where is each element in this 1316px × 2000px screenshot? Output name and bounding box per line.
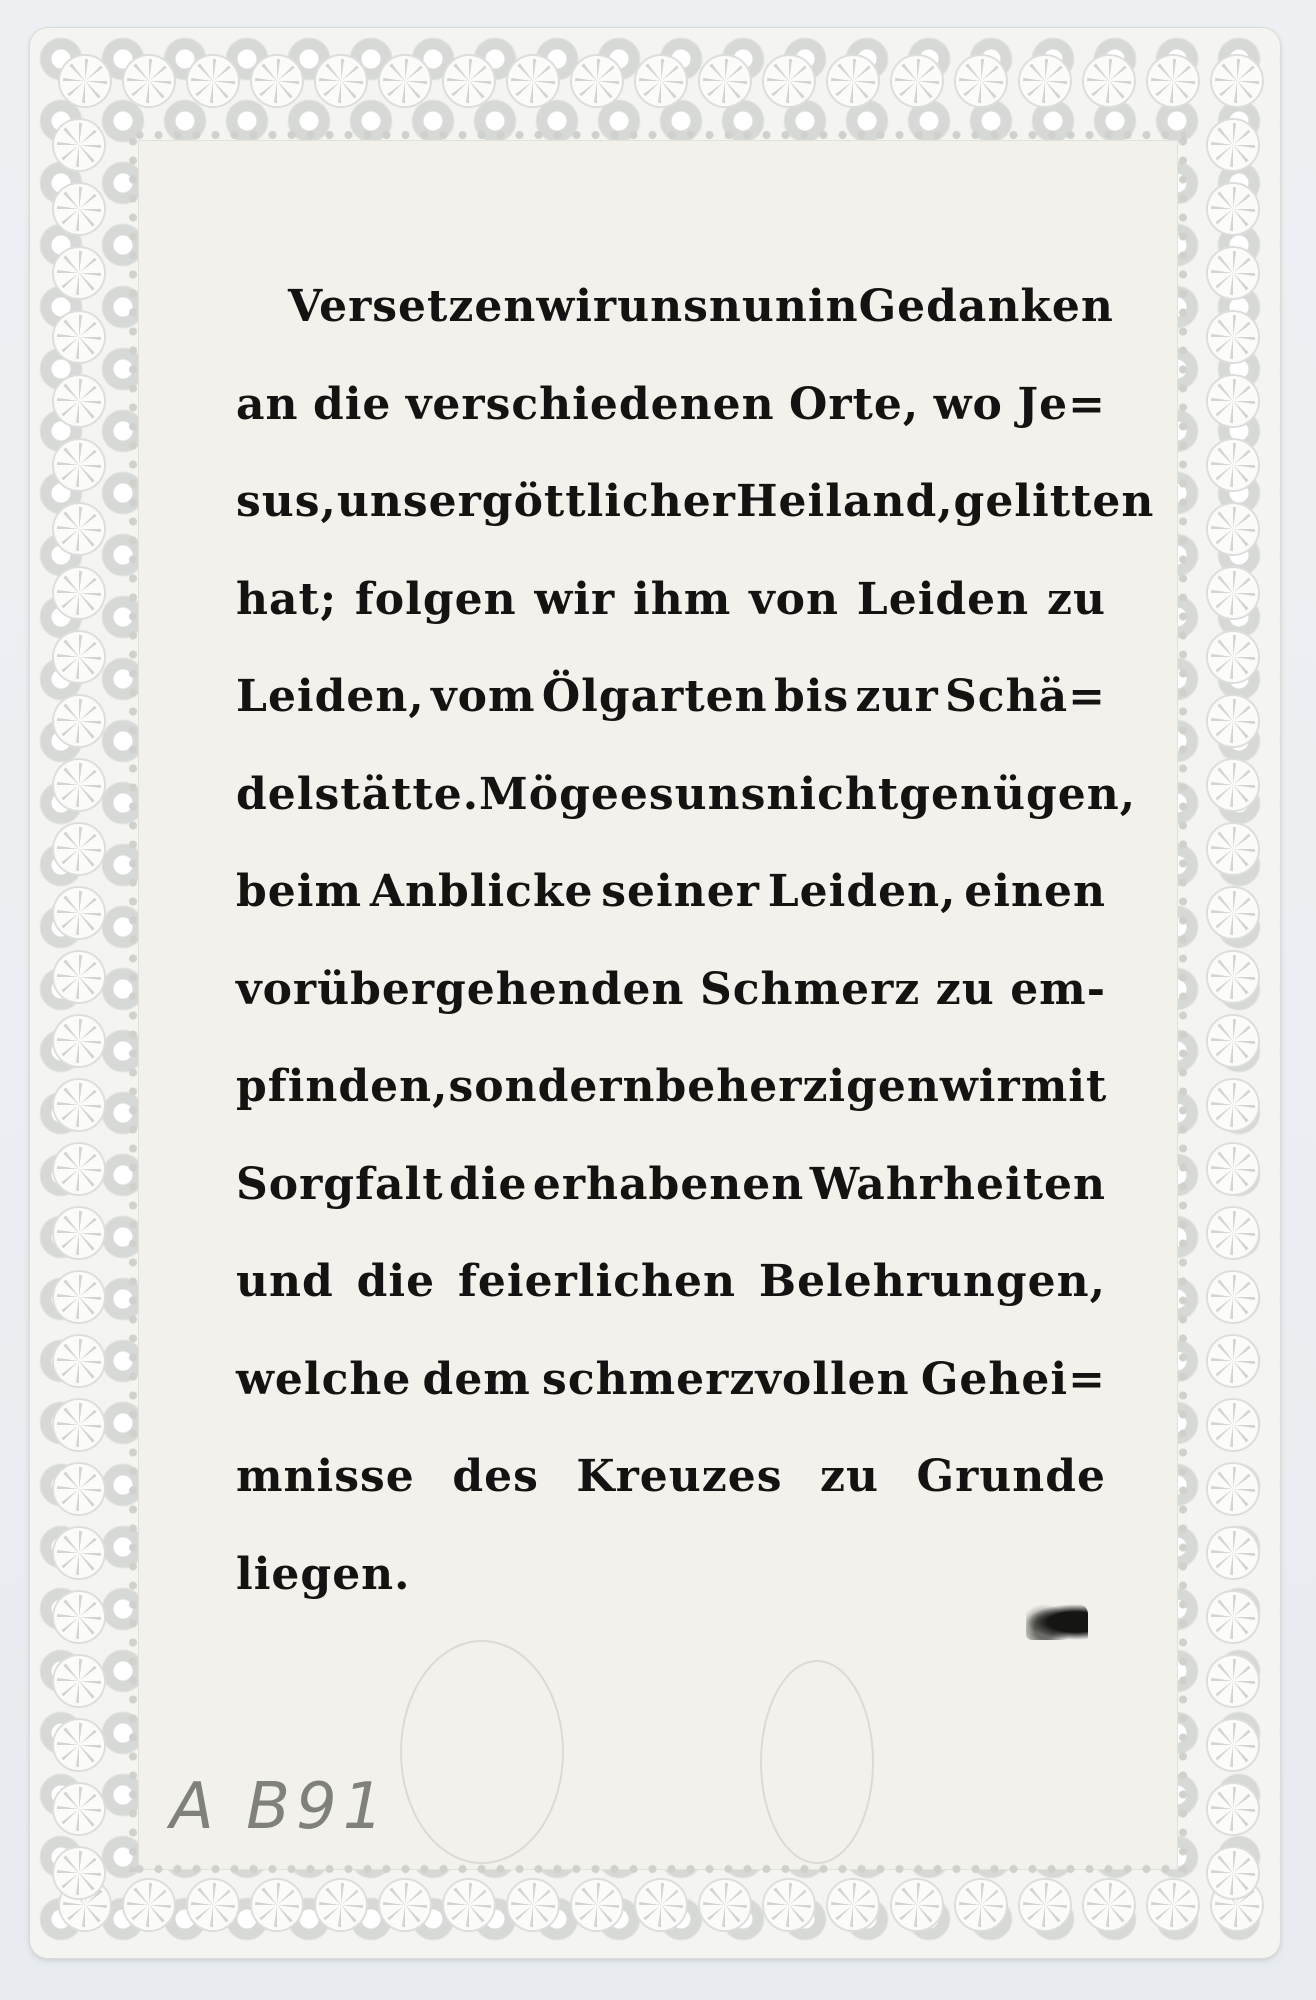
- text-word: mnisse: [236, 1428, 415, 1526]
- lace-rosette-icon: [636, 56, 686, 106]
- lace-rosette-icon: [54, 1080, 104, 1130]
- perforation-top: [130, 128, 1186, 142]
- text-word: beim: [236, 843, 362, 941]
- lace-rosette-icon: [1084, 1880, 1134, 1930]
- text-line: liegen.: [236, 1526, 1106, 1624]
- lace-rosette-icon: [380, 56, 430, 106]
- text-word: uns: [617, 258, 709, 356]
- text-line: hat;folgenwirihmvonLeidenzu: [236, 551, 1106, 649]
- text-line: Leiden,vomÖlgartenbiszurSchä=: [236, 648, 1106, 746]
- lace-rosette-icon: [828, 56, 878, 106]
- lace-rosette-icon: [60, 56, 110, 106]
- text-word: Anblicke: [370, 843, 594, 941]
- text-word: die: [313, 356, 391, 454]
- lace-rosette-icon: [54, 696, 104, 746]
- lace-rosette-icon: [572, 1880, 622, 1930]
- lace-rosette-icon: [54, 1336, 104, 1386]
- lace-rosette-icon: [54, 888, 104, 938]
- text-line: welchedemschmerzvollenGehei=: [236, 1331, 1106, 1429]
- lace-rosette-icon: [1020, 1880, 1070, 1930]
- lace-rosette-icon: [54, 248, 104, 298]
- text-word: Schä=: [945, 648, 1106, 746]
- text-line: delstätte.Mögeesunsnichtgenügen,: [236, 746, 1106, 844]
- lace-rosette-icon: [54, 120, 104, 170]
- text-word: gelitten: [954, 453, 1155, 551]
- text-word: Gehei=: [921, 1331, 1106, 1429]
- text-word: des: [452, 1428, 539, 1526]
- lace-rosette-icon: [1208, 888, 1258, 938]
- text-word: die: [357, 1233, 435, 1331]
- lace-rosette-icon: [764, 56, 814, 106]
- text-word: einen: [964, 843, 1106, 941]
- text-word: delstätte.: [236, 746, 479, 844]
- lace-rosette-icon: [316, 56, 366, 106]
- text-word: vom: [431, 648, 535, 746]
- scan-background: VersetzenwirunsnuninGedanken andieversch…: [0, 0, 1316, 2000]
- lace-rosette-icon: [54, 312, 104, 362]
- lace-rosette-icon: [124, 56, 174, 106]
- lace-rosette-icon: [54, 760, 104, 810]
- text-word: Wahrheiten: [810, 1136, 1106, 1234]
- lace-rosette-icon: [1208, 1656, 1258, 1706]
- lace-rosette-icon: [1148, 56, 1198, 106]
- text-word: zur: [856, 648, 939, 746]
- text-word: ihm: [633, 551, 731, 649]
- lace-rosette-icon: [54, 440, 104, 490]
- text-line: andieverschiedenenOrte,woJe=: [236, 356, 1106, 454]
- lace-rosette-icon: [1208, 824, 1258, 874]
- lace-rosette-icon: [1208, 632, 1258, 682]
- text-word: Belehrungen,: [759, 1233, 1106, 1331]
- devotional-text: VersetzenwirunsnuninGedanken andieversch…: [236, 258, 1106, 1623]
- text-word: feierlichen: [458, 1233, 736, 1331]
- lace-rosette-icon: [1208, 184, 1258, 234]
- lace-rosette-icon: [188, 1880, 238, 1930]
- lace-rosette-icon: [1208, 120, 1258, 170]
- text-word: von: [749, 551, 839, 649]
- text-word: göttlicher: [482, 453, 736, 551]
- text-word: dem: [423, 1331, 531, 1429]
- text-line: unddiefeierlichenBelehrungen,: [236, 1233, 1106, 1331]
- lace-rosette-icon: [1208, 1720, 1258, 1770]
- lace-rosette-icon: [54, 1784, 104, 1834]
- text-word: zu: [936, 941, 995, 1039]
- lace-rosette-icon: [508, 56, 558, 106]
- text-word: Schmerz: [700, 941, 920, 1039]
- text-word: Grunde: [917, 1428, 1107, 1526]
- text-word: Orte,: [789, 356, 919, 454]
- lace-rosette-icon: [1208, 568, 1258, 618]
- lace-rosette-icon: [1208, 312, 1258, 362]
- text-word: zu: [1047, 551, 1106, 649]
- text-word: mit: [1021, 1038, 1108, 1136]
- lace-rosette-icon: [54, 1464, 104, 1514]
- text-word: nicht: [766, 746, 899, 844]
- lace-rosette-icon: [1148, 1880, 1198, 1930]
- text-word: an: [236, 356, 299, 454]
- lace-rosette-icon: [54, 1528, 104, 1578]
- text-word: zu: [820, 1428, 879, 1526]
- lace-rosette-icon: [892, 56, 942, 106]
- text-word: em-: [1010, 941, 1106, 1039]
- lace-rosette-icon: [892, 1880, 942, 1930]
- lace-rosette-icon: [54, 376, 104, 426]
- lace-rosette-icon: [1208, 1400, 1258, 1450]
- text-word: verschiedenen: [406, 356, 775, 454]
- text-word: seiner: [601, 843, 760, 941]
- text-word: folgen: [355, 551, 517, 649]
- lace-rosette-icon: [54, 824, 104, 874]
- text-word: schmerzvollen: [542, 1331, 910, 1429]
- text-word: es: [620, 746, 675, 844]
- lace-rosette-icon: [1208, 1272, 1258, 1322]
- lace-rosette-icon: [252, 56, 302, 106]
- perforation-bottom: [130, 1862, 1186, 1876]
- lace-rosette-icon: [316, 1880, 366, 1930]
- text-word: sus,: [236, 453, 337, 551]
- text-word: hat;: [236, 551, 337, 649]
- text-word: Ölgarten: [542, 648, 768, 746]
- lace-rosette-icon: [252, 1880, 302, 1930]
- text-word: Kreuzes: [576, 1428, 782, 1526]
- lace-rosette-icon: [700, 1880, 750, 1930]
- lace-rosette-icon: [54, 1720, 104, 1770]
- lace-rosette-icon: [828, 1880, 878, 1930]
- lace-rosette-icon: [1208, 248, 1258, 298]
- lace-rosette-icon: [54, 1592, 104, 1642]
- text-line: SorgfaltdieerhabenenWahrheiten: [236, 1136, 1106, 1234]
- text-word: wo: [934, 356, 1003, 454]
- text-line: beimAnblickeseinerLeiden,einen: [236, 843, 1106, 941]
- text-word: genügen,: [899, 746, 1136, 844]
- lace-rosette-icon: [1020, 56, 1070, 106]
- text-word: Versetzen: [288, 258, 536, 356]
- text-word: wir: [536, 258, 617, 356]
- text-word: Gedanken: [859, 258, 1114, 356]
- lace-rosette-icon: [54, 632, 104, 682]
- lace-rosette-icon: [1208, 1592, 1258, 1642]
- text-word: erhabenen: [533, 1136, 804, 1234]
- text-word: wir: [940, 1038, 1021, 1136]
- text-word: Leiden,: [768, 843, 957, 941]
- lace-rosette-icon: [1208, 1464, 1258, 1514]
- lace-rosette-icon: [54, 1400, 104, 1450]
- lace-rosette-icon: [1208, 1784, 1258, 1834]
- perforation-right: [1176, 132, 1190, 1872]
- text-line: vorübergehendenSchmerzzuem-: [236, 941, 1106, 1039]
- text-word: sondern: [448, 1038, 655, 1136]
- lace-rosette-icon: [54, 1016, 104, 1066]
- lace-rosette-icon: [54, 1848, 104, 1898]
- text-word: liegen.: [236, 1526, 411, 1624]
- lace-rosette-icon: [1208, 504, 1258, 554]
- text-word: Je=: [1017, 356, 1106, 454]
- text-word: die: [449, 1136, 527, 1234]
- text-word: in: [808, 258, 859, 356]
- lace-rosette-icon: [54, 952, 104, 1002]
- text-word: beherzigen: [656, 1038, 940, 1136]
- lace-rosette-icon: [1208, 1144, 1258, 1194]
- lace-rosette-icon: [1208, 1208, 1258, 1258]
- text-word: und: [236, 1233, 334, 1331]
- text-word: pfinden,: [236, 1038, 448, 1136]
- lace-rosette-icon: [764, 1880, 814, 1930]
- text-word: Sorgfalt: [236, 1136, 444, 1234]
- text-word: wir: [534, 551, 615, 649]
- lace-rosette-icon: [1208, 696, 1258, 746]
- lace-rosette-icon: [1208, 760, 1258, 810]
- text-word: uns: [675, 746, 767, 844]
- lace-rosette-icon: [636, 1880, 686, 1930]
- lace-rosette-icon: [508, 1880, 558, 1930]
- lace-rosette-icon: [1208, 440, 1258, 490]
- text-line: VersetzenwirunsnuninGedanken: [236, 258, 1106, 356]
- lace-rosette-icon: [444, 56, 494, 106]
- faint-pencil-scribble: [760, 1660, 874, 1864]
- text-word: Leiden,: [236, 648, 425, 746]
- ink-smudge-mark: [1026, 1604, 1088, 1640]
- lace-rosette-icon: [54, 1272, 104, 1322]
- text-line: pfinden,sondernbeherzigenwirmit: [236, 1038, 1106, 1136]
- lace-rosette-icon: [54, 504, 104, 554]
- lace-rosette-icon: [1208, 376, 1258, 426]
- lace-rosette-icon: [54, 1656, 104, 1706]
- lace-rosette-icon: [54, 1144, 104, 1194]
- lace-rosette-icon: [956, 1880, 1006, 1930]
- lace-rosette-icon: [956, 56, 1006, 106]
- lace-rosette-icon: [54, 1208, 104, 1258]
- lace-rosette-icon: [1084, 56, 1134, 106]
- lace-rosette-icon: [1208, 1528, 1258, 1578]
- lace-rosette-icon: [380, 1880, 430, 1930]
- lace-rosette-icon: [54, 568, 104, 618]
- lace-rosette-icon: [572, 56, 622, 106]
- text-line: sus,unsergöttlicherHeiland,gelitten: [236, 453, 1106, 551]
- text-word: Heiland,: [736, 453, 954, 551]
- text-word: Leiden: [857, 551, 1029, 649]
- lace-rosette-icon: [700, 56, 750, 106]
- lace-rosette-icon: [124, 1880, 174, 1930]
- lace-rosette-icon: [1208, 1016, 1258, 1066]
- text-word: unser: [337, 453, 482, 551]
- text-word: Möge: [479, 746, 620, 844]
- text-word: welche: [236, 1331, 411, 1429]
- text-word: nun: [709, 258, 808, 356]
- text-word: bis: [774, 648, 849, 746]
- lace-rosette-icon: [1208, 1080, 1258, 1130]
- text-word: vorübergehenden: [236, 941, 685, 1039]
- lace-rosette-icon: [54, 184, 104, 234]
- text-line: mnissedesKreuzeszuGrunde: [236, 1428, 1106, 1526]
- perforation-left: [126, 132, 140, 1872]
- faint-pencil-scribble: [400, 1640, 564, 1864]
- pencil-inventory-annotation: A B91: [170, 1770, 389, 1844]
- lace-rosette-icon: [1208, 1848, 1258, 1898]
- lace-rosette-icon: [188, 56, 238, 106]
- lace-rosette-icon: [444, 1880, 494, 1930]
- lace-rosette-icon: [1212, 56, 1262, 106]
- lace-rosette-icon: [1208, 1336, 1258, 1386]
- lace-rosette-icon: [1208, 952, 1258, 1002]
